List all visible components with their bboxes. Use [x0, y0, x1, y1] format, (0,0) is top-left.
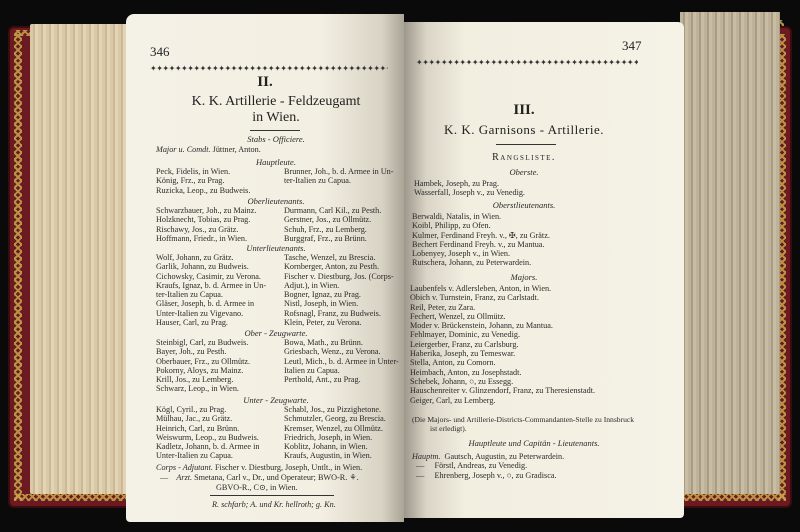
gilt-border-left [14, 34, 22, 500]
list-item: Laubenfels v. Adlersleben, Anton, in Wie… [410, 284, 595, 293]
ober-zeugwarte-right-col: Bowa, Math., zu Brünn. Griesbach, Wenz.,… [284, 338, 399, 384]
section-title-left: K. K. Artillerie - Feldzeugamt [156, 94, 396, 110]
list-item: Stella, Anton, zu Comorn. [410, 358, 595, 367]
ober-zeugwarte-header: Ober - Zeugwarte. [156, 328, 396, 338]
right-page: 347 ✦✦✦✦✦✦✦✦✦✦✦✦✦✦✦✦✦✦✦✦✦✦✦✦✦✦✦✦✦✦✦✦✦✦✦✦… [404, 22, 684, 518]
divider [250, 130, 300, 131]
list-item: Unter-Italien zu Capua. [156, 451, 259, 460]
list-item: Griesbach, Wenz., zu Verona. [284, 347, 399, 356]
major-name: Jüttner, Anton. [213, 145, 261, 154]
list-item: Weiswurm, Leop., zu Budweis. [156, 433, 259, 442]
list-item: Tasche, Wenzel, zu Brescia. [284, 253, 394, 262]
left-page: 346 ✦✦✦✦✦✦✦✦✦✦✦✦✦✦✦✦✦✦✦✦✦✦✦✦✦✦✦✦✦✦✦✦✦✦✦✦… [126, 14, 404, 522]
divider [210, 495, 334, 496]
list-item: Geiger, Carl, zu Lemberg. [410, 396, 595, 405]
arzt-text: Smetana, Carl v., Dr., und Operateur; BW… [194, 473, 359, 482]
list-item: Schabl, Jos., zu Pizzighetone. [284, 405, 386, 414]
hauptleute-capitan-header: Hauptleute und Capitän - Lieutenants. [404, 438, 664, 448]
page-edges-left [30, 24, 130, 494]
unterlieutenants-header: Unterlieutenants. [156, 243, 396, 253]
list-item: Friedrich, Joseph, in Wien. [284, 433, 386, 442]
list-item: Obich v. Turnstein, Franz, zu Carlstadt. [410, 293, 595, 302]
list-item: Hauschenreiter v. Glinzendorf, Franz, zu… [410, 386, 595, 395]
list-item: Bechert Ferdinand Freyh. v., zu Mantua. [412, 240, 550, 249]
list-item: Gerstner, Jos., zu Ollmütz. [284, 215, 381, 224]
list-item: Rutschera, Johann, zu Peterwardein. [412, 258, 550, 267]
list-item: Oberbauer, Frz., zu Ollmütz. [156, 357, 250, 366]
list-item: Schuh, Frz., zu Lemberg. [284, 225, 381, 234]
oberlieutenants-header: Oberlieutenants. [156, 196, 396, 206]
unterlieutenants-right-col: Tasche, Wenzel, zu Brescia. Kornberger, … [284, 253, 394, 327]
list-item: Gläser, Joseph, b. d. Armee in [156, 299, 266, 308]
list-item: Steinbigl, Carl, zu Budweis. [156, 338, 250, 347]
hauptm-label: Hauptm. [412, 452, 440, 461]
list-item: Fehlmayer, Dominic, zu Venedig. [410, 330, 595, 339]
list-item: Klein, Peter, zu Verona. [284, 318, 394, 327]
list-item: Kraufs, Ignaz, b. d. Armee in Un- [156, 281, 266, 290]
section-number-right: III. [404, 102, 644, 119]
list-item: Italien zu Capua. [284, 366, 399, 375]
list-item: Moder v. Brückenstein, Johann, zu Mantua… [410, 321, 595, 330]
list-item: Kornberger, Anton, zu Pesth. [284, 262, 394, 271]
list-item: Schmutzler, Georg, zu Brescia. [284, 414, 386, 423]
unter-zeugwarte-left-col: Kögl, Cyril., zu Prag. Mülhau, Jac., zu … [156, 405, 259, 461]
page-number-left: 346 [150, 44, 170, 60]
list-item: Nistl, Joseph, in Wien. [284, 299, 394, 308]
corps-adjutant-label: Corps - Adjutant. [156, 463, 213, 472]
page-number-right: 347 [622, 38, 642, 54]
list-item: Durmann, Carl Kil., zu Pesth. [284, 206, 381, 215]
arzt-entry: — Arzt. Smetana, Carl v., Dr., und Opera… [160, 473, 359, 482]
list-item: Kadletz, Johann, b. d. Armee in [156, 442, 259, 451]
list-item: Hoffmann, Friedr., in Wien. [156, 234, 256, 243]
list-item: Kraufs, Augustin, in Wien. [284, 451, 386, 460]
list-item: Schwarz, Leop., in Wien. [156, 384, 250, 393]
section-title-right: K. K. Garnisons - Artillerie. [404, 122, 644, 138]
list-item: Brunner, Joh., b. d. Armee in Un- [284, 167, 394, 176]
corps-adjutant-entry: Corps - Adjutant. Fischer v. Diestburg, … [156, 463, 362, 472]
dash: — [416, 461, 424, 470]
list-item: Bowa, Math., zu Brünn. [284, 338, 399, 347]
footer-note: R. schfarb; A. und Kr. hellroth; g. Kn. [212, 500, 336, 509]
list-item: Lobenyey, Joseph v., in Wien. [412, 249, 550, 258]
list-item: Hambek, Joseph, zu Prag. [414, 179, 525, 188]
rangsliste-heading: Rangsliste. [404, 152, 644, 163]
vacancy-note: (Die Majors- und Artillerie-Districts-Co… [412, 415, 634, 434]
page-edges-right [680, 12, 780, 494]
list-item: Fechert, Wenzel, zu Ollmütz. [410, 312, 595, 321]
oberlieutenants-left-col: Schwarzbauer, Joh., zu Mainz. Holzknecht… [156, 206, 256, 243]
list-item: Cichowsky, Casimir, zu Verona. [156, 272, 266, 281]
unter-zeugwarte-header: Unter - Zeugwarte. [156, 395, 396, 405]
list-item: ter-Italien zu Capua. [156, 290, 266, 299]
list-item: Leiergerber, Franz, zu Carlsburg. [410, 340, 595, 349]
corps-adjutant-text: Fischer v. Diestburg, Joseph, Untlt., in… [215, 463, 362, 472]
list-item: Unter-Italien zu Vigevano. [156, 309, 266, 318]
list-item: Leutl, Mich., b. d. Armee in Unter- [284, 357, 399, 366]
list-item: Rofsnagl, Franz, zu Budweis. [284, 309, 394, 318]
arzt-label: Arzt. [176, 473, 192, 482]
list-item: Holzknecht, Tobias, zu Prag. [156, 215, 256, 224]
unterlieutenants-left-col: Wolf, Johann, zu Grätz. Garlik, Johann, … [156, 253, 266, 327]
major-label: Major u. Comdt. [156, 145, 211, 154]
list-item: Förstl, Andreas, zu Venedig. [435, 461, 528, 470]
hauptleute-header: Hauptleute. [156, 157, 396, 167]
majors-header: Majors. [404, 272, 644, 282]
list-item: Hauser, Carl, zu Prag. [156, 318, 266, 327]
major-entry: Major u. Comdt. Jüttner, Anton. [156, 145, 261, 154]
list-item: Gautsch, Augustin, zu Peterwardein. [445, 452, 565, 461]
list-item: Koblitz, Johann, in Wien. [284, 442, 386, 451]
majors-list: Laubenfels v. Adlersleben, Anton, in Wie… [410, 284, 595, 405]
list-item: Koibl, Philipp, zu Ofen. [412, 221, 550, 230]
list-item: Rischawy, Jos., zu Grätz. [156, 225, 256, 234]
oberste-header: Oberste. [404, 167, 644, 177]
list-item: Krill, Jos., zu Lemberg. [156, 375, 250, 384]
note-line: (Die Majors- und Artillerie-Districts-Co… [412, 415, 634, 424]
ornament-rule-left: ✦✦✦✦✦✦✦✦✦✦✦✦✦✦✦✦✦✦✦✦✦✦✦✦✦✦✦✦✦✦✦✦✦✦✦✦✦✦✦✦… [150, 64, 388, 73]
list-item: Heimbach, Anton, zu Josephstadt. [410, 368, 595, 377]
list-item: Ruzicka, Leop., zu Budweis. [156, 186, 250, 195]
section-subtitle-left: in Wien. [156, 110, 396, 126]
list-item: Kögl, Cyril., zu Prag. [156, 405, 259, 414]
oberste-list: Hambek, Joseph, zu Prag. Wasserfall, Jos… [414, 179, 525, 198]
dash: — [160, 473, 168, 482]
list-item: Perthold, Ant., zu Prag. [284, 375, 399, 384]
list-item: Reil, Peter, zu Zara. [410, 303, 595, 312]
hauptleute-right-col: Brunner, Joh., b. d. Armee in Un- ter-It… [284, 167, 394, 186]
list-item: König, Frz., zu Prag. [156, 176, 250, 185]
list-item: Burggraf, Frz., zu Brünn. [284, 234, 381, 243]
list-item: Adjut.), in Wien. [284, 281, 394, 290]
list-item: Schwarzbauer, Joh., zu Mainz. [156, 206, 256, 215]
list-item: Kulmer, Ferdinand Freyh. v., ✠, zu Grätz… [412, 231, 550, 240]
note-line: ist erledigt). [412, 424, 634, 433]
list-item: Berwaldi, Natalis, in Wien. [412, 212, 550, 221]
list-item: Kremser, Wenzel, zu Ollmütz. [284, 424, 386, 433]
ornament-rule-right: ✦✦✦✦✦✦✦✦✦✦✦✦✦✦✦✦✦✦✦✦✦✦✦✦✦✦✦✦✦✦✦✦✦✦✦✦✦✦✦✦… [416, 58, 638, 67]
hauptleute-list: Hauptm. Gautsch, Augustin, zu Peterwarde… [412, 452, 564, 480]
list-item: Mülhau, Jac., zu Grätz. [156, 414, 259, 423]
list-item: Haberika, Joseph, zu Temeswar. [410, 349, 595, 358]
oberlieutenants-right-col: Durmann, Carl Kil., zu Pesth. Gerstner, … [284, 206, 381, 243]
list-item: ter-Italien zu Capua. [284, 176, 394, 185]
stabs-header: Stabs - Officiere. [156, 134, 396, 144]
dash: — [416, 471, 424, 480]
list-item: Peck, Fidelis, in Wien. [156, 167, 250, 176]
list-item: Bogner, Ignaz, zu Prag. [284, 290, 394, 299]
list-item: Fischer v. Diestburg, Jos. (Corps- [284, 272, 394, 281]
list-item: Wasserfall, Joseph v., zu Venedig. [414, 188, 525, 197]
list-item: Pokorny, Aloys, zu Mainz. [156, 366, 250, 375]
list-item: Schebek, Johann, ○, zu Essegg. [410, 377, 595, 386]
hauptleute-left-col: Peck, Fidelis, in Wien. König, Frz., zu … [156, 167, 250, 195]
divider [496, 144, 556, 145]
ober-zeugwarte-left-col: Steinbigl, Carl, zu Budweis. Bayer, Joh.… [156, 338, 250, 394]
list-item: Bayer, Joh., zu Pesth. [156, 347, 250, 356]
arzt-entry-cont: GBVO-R., C⊙, in Wien. [216, 483, 298, 492]
list-item: Wolf, Johann, zu Grätz. [156, 253, 266, 262]
unter-zeugwarte-right-col: Schabl, Jos., zu Pizzighetone. Schmutzle… [284, 405, 386, 461]
list-item: Heinrich, Carl, zu Brünn. [156, 424, 259, 433]
oberstlieutenants-list: Berwaldi, Natalis, in Wien. Koibl, Phili… [412, 212, 550, 268]
section-number-left: II. [126, 74, 404, 91]
list-item: Garlik, Johann, zu Budweis. [156, 262, 266, 271]
list-item: Ehrenberg, Joseph v., ○, zu Gradisca. [435, 471, 557, 480]
oberstlieutenants-header: Oberstlieutenants. [404, 200, 644, 210]
